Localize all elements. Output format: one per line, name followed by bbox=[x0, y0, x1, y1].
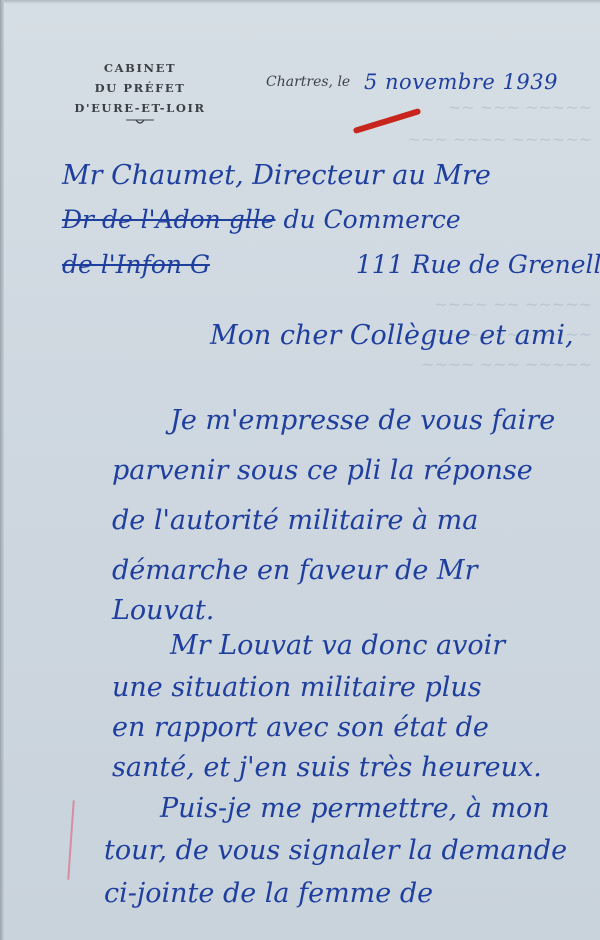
salutation: Mon cher Collègue et ami, bbox=[210, 320, 574, 351]
dateline-handwritten: 5 novembre 1939 bbox=[364, 70, 558, 94]
bleed-through-text: ~~~~ ~~~ ~~~~~ bbox=[421, 355, 592, 374]
body-line: santé, et j'en suis très heureux. bbox=[112, 752, 542, 783]
body-line: démarche en faveur de Mr bbox=[112, 555, 478, 586]
address-line: Mr Chaumet, Directeur au Mre bbox=[62, 160, 491, 191]
body-line: Je m'empresse de vous faire bbox=[170, 405, 555, 436]
address-line: de l'Infon G 111 Rue de Grenelle. bbox=[62, 250, 600, 279]
ornament-icon bbox=[125, 118, 155, 126]
body-line: Mr Louvat va donc avoir bbox=[170, 630, 505, 661]
body-line: Puis-je me permettre, à mon bbox=[160, 793, 550, 824]
address-text: du Commerce bbox=[283, 205, 460, 234]
letterhead-line: DU PRÉFET bbox=[50, 78, 230, 98]
bleed-through-text: ~~~~ ~~ ~~~~~ bbox=[434, 295, 592, 314]
body-line: parvenir sous ce pli la réponse bbox=[112, 455, 533, 486]
pink-margin-mark bbox=[67, 800, 75, 880]
struck-text: de l'Infon G bbox=[62, 250, 210, 279]
letter-page: ~~ ~~~ ~~~~~ ~~~ ~~~~ ~~~~~~ ~~~~ ~~ ~~~… bbox=[0, 0, 600, 940]
letterhead: CABINET DU PRÉFET D'EURE-ET-LOIR bbox=[50, 58, 230, 126]
paper-top-edge bbox=[0, 0, 600, 4]
body-line: ci-jointe de la femme de bbox=[104, 878, 433, 909]
letterhead-line: CABINET bbox=[50, 58, 230, 78]
body-line: de l'autorité militaire à ma bbox=[112, 505, 478, 536]
letterhead-line: D'EURE-ET-LOIR bbox=[50, 98, 230, 118]
body-line: Louvat. bbox=[112, 595, 214, 626]
bleed-through-text: ~~ ~~~ ~~~~~ bbox=[448, 98, 592, 117]
paper-left-edge bbox=[0, 0, 4, 940]
body-line: tour, de vous signaler la demande bbox=[104, 835, 567, 866]
bleed-through-text: ~~~ ~~~~ ~~~~~~ bbox=[408, 130, 592, 149]
address-text: 111 Rue de Grenelle. bbox=[356, 250, 600, 279]
struck-text: Dr de l'Adon glle bbox=[62, 205, 276, 234]
body-line: en rapport avec son état de bbox=[112, 712, 489, 743]
address-line: Dr de l'Adon glle du Commerce bbox=[62, 205, 461, 234]
dateline-printed: Chartres, le bbox=[266, 74, 350, 90]
body-line: une situation militaire plus bbox=[112, 672, 482, 703]
